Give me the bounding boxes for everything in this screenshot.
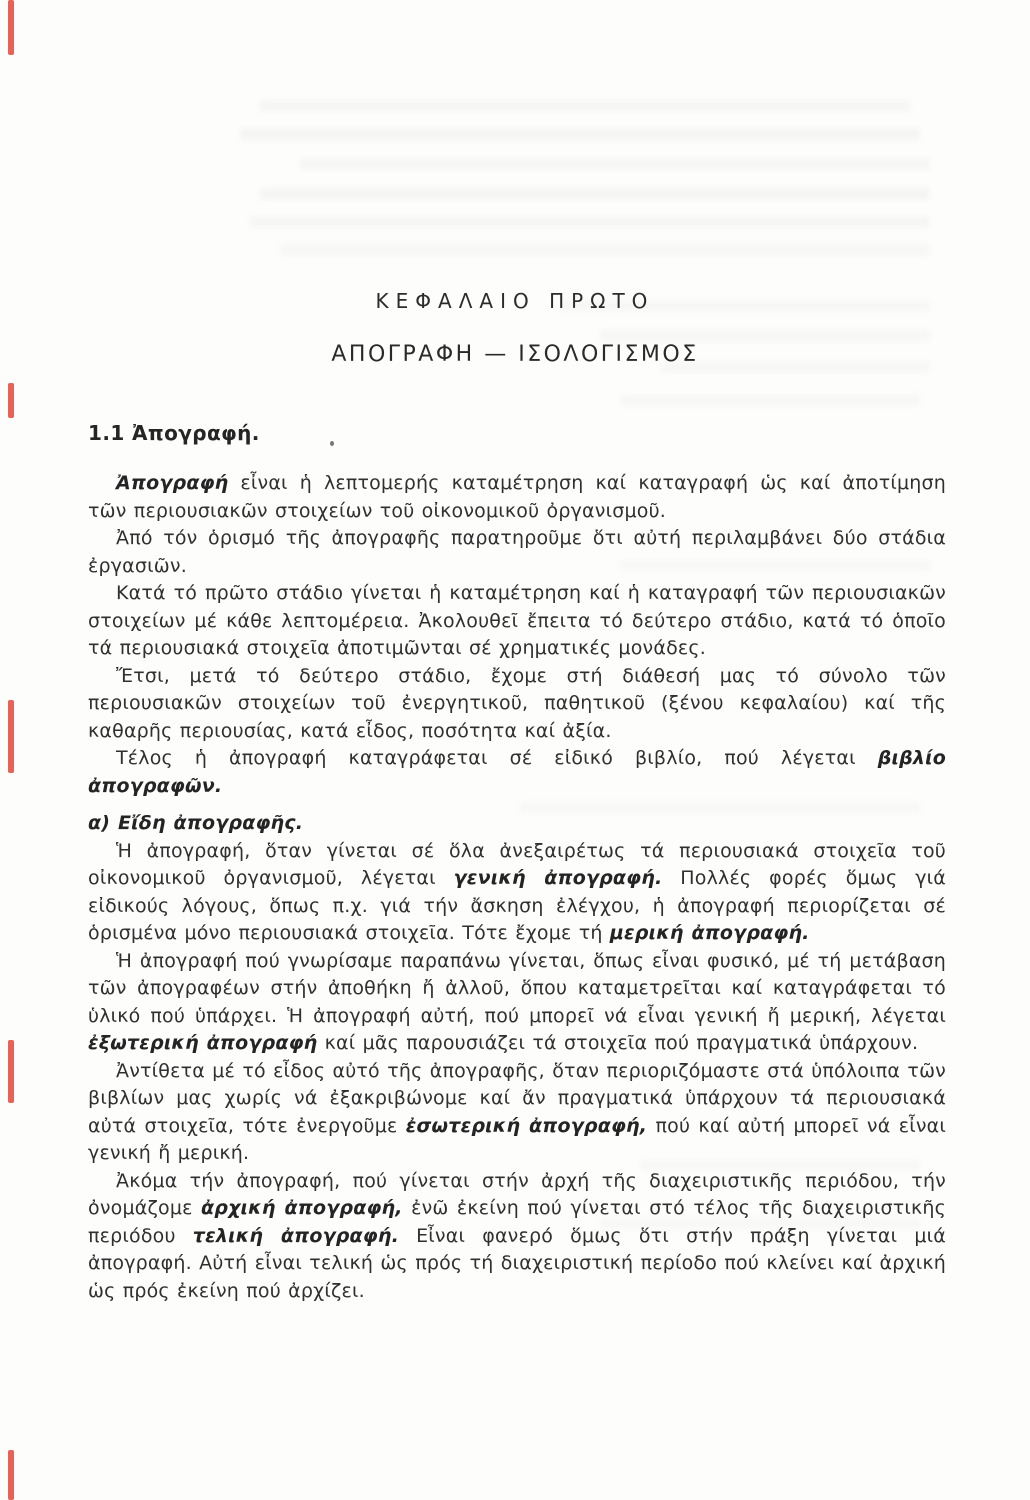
- text-run: Τέλος ἡ ἀπογραφή καταγράφεται σέ εἰδικό …: [116, 747, 878, 769]
- bleedthrough-smudge: [250, 216, 930, 228]
- emphasis-term: ἐξωτερική ἀπογραφή: [88, 1032, 317, 1054]
- bleedthrough-smudge: [260, 100, 910, 112]
- emphasis-term: α) Εἴδη ἀπογραφῆς.: [88, 812, 303, 834]
- text-run: Ἡ ἀπογραφή πού γνωρίσαμε παραπάνω γίνετα…: [88, 950, 946, 1027]
- subheading: α) Εἴδη ἀπογραφῆς.: [88, 810, 946, 838]
- bleedthrough-smudge: [240, 128, 920, 140]
- ink-speck: [330, 441, 334, 446]
- paragraph: Ἡ ἀπογραφή πού γνωρίσαμε παραπάνω γίνετα…: [88, 948, 946, 1058]
- red-scan-mark: [8, 383, 14, 418]
- paragraph: Ἀντίθετα μέ τό εἶδος αὐτό τῆς ἀπογραφῆς,…: [88, 1058, 946, 1168]
- emphasis-term: γενική ἀπογραφή.: [454, 867, 663, 889]
- text-run: Ἀπό τόν ὁρισμό τῆς ἀπογραφῆς παρατηροῦμε…: [88, 527, 946, 577]
- scanned-book-page: ΚΕΦΑΛΑΙΟ ΠΡΩΤΟ ΑΠΟΓΡΑΦΗ — ΙΣΟΛΟΓΙΣΜΟΣ 1.…: [0, 0, 1030, 1500]
- paragraph: Ἀπό τόν ὁρισμό τῆς ἀπογραφῆς παρατηροῦμε…: [88, 525, 946, 580]
- paragraph: Κατά τό πρῶτο στάδιο γίνεται ἡ καταμέτρη…: [88, 580, 946, 663]
- red-scan-mark: [8, 1040, 14, 1103]
- chapter-title: ΚΕΦΑΛΑΙΟ ΠΡΩΤΟ: [0, 289, 1030, 313]
- body-text: Ἀπογραφή εἶναι ἡ λεπτομερής καταμέτρηση …: [88, 470, 946, 1305]
- emphasis-term: τελική ἀπογραφή.: [193, 1225, 399, 1247]
- section-heading: 1.1 Ἀπογραφή.: [88, 421, 260, 445]
- bleedthrough-smudge: [280, 244, 930, 256]
- emphasis-term: ἀρχική ἀπογραφή,: [201, 1197, 403, 1219]
- paragraph: Τέλος ἡ ἀπογραφή καταγράφεται σέ εἰδικό …: [88, 745, 946, 800]
- chapter-subtitle: ΑΠΟΓΡΑΦΗ — ΙΣΟΛΟΓΙΣΜΟΣ: [0, 342, 1030, 367]
- bleedthrough-smudge: [260, 188, 930, 200]
- emphasis-term: ἐσωτερική ἀπογραφή,: [406, 1115, 647, 1137]
- emphasis-term: Ἀπογραφή: [116, 472, 228, 494]
- bleedthrough-smudge: [300, 158, 930, 170]
- bleedthrough-smudge: [620, 395, 920, 406]
- bleedthrough-smudge: [600, 330, 930, 341]
- paragraph: Ἀκόμα τήν ἀπογραφή, πού γίνεται στήν ἀρχ…: [88, 1168, 946, 1306]
- paragraph: Ἔτσι, μετά τό δεύτερο στάδιο, ἔχομε στή …: [88, 663, 946, 746]
- text-run: Κατά τό πρῶτο στάδιο γίνεται ἡ καταμέτρη…: [88, 582, 946, 659]
- red-scan-mark: [8, 700, 14, 773]
- red-scan-mark: [8, 1450, 14, 1500]
- text-run: καί μᾶς παρουσιάζει τά στοιχεῖα πού πραγ…: [317, 1032, 918, 1054]
- red-scan-mark: [8, 0, 14, 55]
- paragraph: Ἡ ἀπογραφή, ὅταν γίνεται σέ ὅλα ἀνεξαιρέ…: [88, 838, 946, 948]
- emphasis-term: μερική ἀπογραφή.: [610, 922, 810, 944]
- paragraph: Ἀπογραφή εἶναι ἡ λεπτομερής καταμέτρηση …: [88, 470, 946, 525]
- text-run: Ἔτσι, μετά τό δεύτερο στάδιο, ἔχομε στή …: [88, 665, 946, 742]
